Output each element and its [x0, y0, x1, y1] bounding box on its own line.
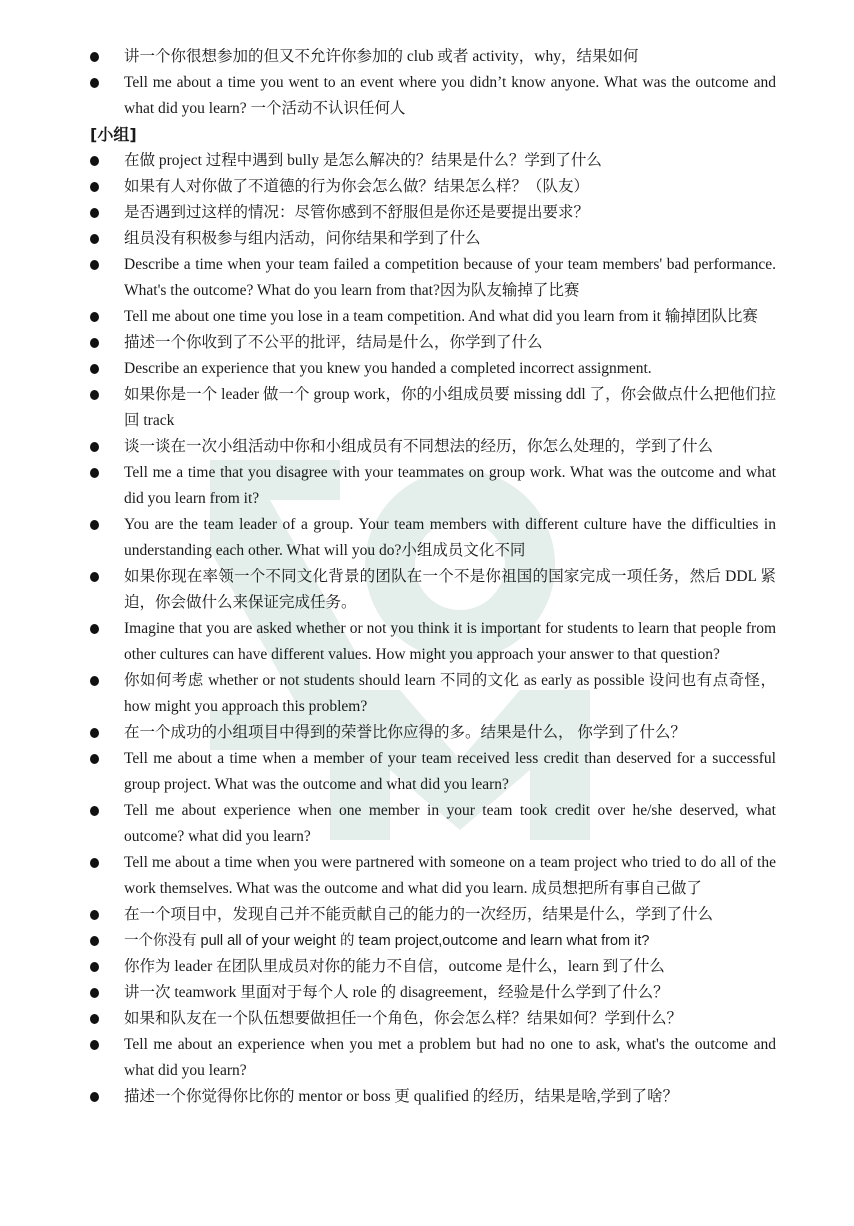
- bullet-icon: [90, 962, 99, 972]
- document-page: 讲一个你很想参加的但又不允许你参加的 club 或者 activity，why，…: [0, 44, 854, 1110]
- bullet-icon: [90, 468, 99, 478]
- section-heading: [小组]: [0, 122, 854, 148]
- bullet-icon: [90, 78, 99, 88]
- list-item-text: 是否遇到过这样的情况：尽管你感到不舒服但是你还是要提出要求？: [124, 204, 589, 221]
- list-item: 描述一个你收到了不公平的批评，结局是什么，你学到了什么: [0, 330, 854, 356]
- bullet-icon: [90, 1040, 99, 1050]
- bullet-icon: [90, 260, 99, 270]
- list-item: 在一个项目中，发现自己并不能贡献自己的能力的一次经历，结果是什么，学到了什么: [0, 902, 854, 928]
- list-item-text: Tell me a time that you disagree with yo…: [124, 464, 776, 507]
- bullet-icon: [90, 182, 99, 192]
- bullet-icon: [90, 858, 99, 868]
- list-item: Tell me about a time when you were partn…: [0, 850, 854, 902]
- list-item: You are the team leader of a group. Your…: [0, 512, 854, 564]
- list-item: 讲一个你很想参加的但又不允许你参加的 club 或者 activity，why，…: [0, 44, 854, 70]
- list-item-text: Describe an experience that you knew you…: [124, 360, 652, 377]
- bullet-icon: [90, 1014, 99, 1024]
- list-item: Tell me about an experience when you met…: [0, 1032, 854, 1084]
- list-item-text: 在做 project 过程中遇到 bully 是怎么解决的？结果是什么？学到了什…: [124, 152, 602, 169]
- list-item-text: 在一个项目中，发现自己并不能贡献自己的能力的一次经历，结果是什么，学到了什么: [124, 906, 713, 923]
- list-item: 组员没有积极参与组内活动，问你结果和学到了什么: [0, 226, 854, 252]
- question-list-intro: 讲一个你很想参加的但又不允许你参加的 club 或者 activity，why，…: [0, 44, 854, 122]
- list-item-text: 讲一个你很想参加的但又不允许你参加的 club 或者 activity，why，…: [124, 48, 639, 65]
- bullet-icon: [90, 390, 99, 400]
- bullet-icon: [90, 754, 99, 764]
- list-item: Imagine that you are asked whether or no…: [0, 616, 854, 668]
- list-item-text: 一个你没有 pull all of your weight 的 team pro…: [124, 933, 649, 949]
- list-item-text: Tell me about an experience when you met…: [124, 1036, 776, 1079]
- list-item-text: 在一个成功的小组项目中得到的荣誉比你应得的多。结果是什么， 你学到了什么？: [124, 724, 686, 741]
- list-item: 是否遇到过这样的情况：尽管你感到不舒服但是你还是要提出要求？: [0, 200, 854, 226]
- list-item-text: 你如何考虑 whether or not students should lea…: [124, 672, 776, 715]
- bullet-icon: [90, 52, 99, 62]
- bullet-icon: [90, 442, 99, 452]
- list-item: Describe a time when your team failed a …: [0, 252, 854, 304]
- list-item-text: 讲一次 teamwork 里面对于每个人 role 的 disagreement…: [124, 984, 669, 1001]
- list-item: Tell me about a time you went to an even…: [0, 70, 854, 122]
- list-item: 如果你是一个 leader 做一个 group work，你的小组成员要 mis…: [0, 382, 854, 434]
- list-item-text: 描述一个你收到了不公平的批评，结局是什么，你学到了什么: [124, 334, 543, 351]
- list-item: Tell me about one time you lose in a tea…: [0, 304, 854, 330]
- bullet-icon: [90, 572, 99, 582]
- bullet-icon: [90, 936, 99, 946]
- bullet-icon: [90, 520, 99, 530]
- list-item: 你如何考虑 whether or not students should lea…: [0, 668, 854, 720]
- bullet-icon: [90, 624, 99, 634]
- bullet-icon: [90, 312, 99, 322]
- list-item: Describe an experience that you knew you…: [0, 356, 854, 382]
- list-item: 讲一次 teamwork 里面对于每个人 role 的 disagreement…: [0, 980, 854, 1006]
- list-item-text: 如果你现在率领一个不同文化背景的团队在一个不是你祖国的国家完成一项任务，然后 D…: [124, 568, 776, 611]
- list-item-text: Imagine that you are asked whether or no…: [124, 620, 776, 663]
- list-item-text: 谈一谈在一次小组活动中你和小组成员有不同想法的经历，你怎么处理的，学到了什么: [124, 438, 713, 455]
- list-item-text: Tell me about a time when a member of yo…: [124, 750, 776, 793]
- list-item: Tell me about a time when a member of yo…: [0, 746, 854, 798]
- list-item: 如果和队友在一个队伍想要做担任一个角色，你会怎么样？结果如何？学到什么？: [0, 1006, 854, 1032]
- bullet-icon: [90, 208, 99, 218]
- bullet-icon: [90, 364, 99, 374]
- list-item: 描述一个你觉得你比你的 mentor or boss 更 qualified 的…: [0, 1084, 854, 1110]
- list-item: 你作为 leader 在团队里成员对你的能力不自信，outcome 是什么，le…: [0, 954, 854, 980]
- bullet-icon: [90, 676, 99, 686]
- list-item: 谈一谈在一次小组活动中你和小组成员有不同想法的经历，你怎么处理的，学到了什么: [0, 434, 854, 460]
- bullet-icon: [90, 1092, 99, 1102]
- list-item: 如果你现在率领一个不同文化背景的团队在一个不是你祖国的国家完成一项任务，然后 D…: [0, 564, 854, 616]
- list-item-text: Tell me about a time you went to an even…: [124, 74, 776, 117]
- list-item: 一个你没有 pull all of your weight 的 team pro…: [0, 928, 854, 954]
- list-item-text: Tell me about experience when one member…: [124, 802, 776, 845]
- list-item: 如果有人对你做了不道德的行为你会怎么做？结果怎么样？（队友）: [0, 174, 854, 200]
- bullet-icon: [90, 910, 99, 920]
- list-item-text: 组员没有积极参与组内活动，问你结果和学到了什么: [124, 230, 481, 247]
- bullet-icon: [90, 156, 99, 166]
- list-item-text: Describe a time when your team failed a …: [124, 256, 776, 299]
- list-item-text: 描述一个你觉得你比你的 mentor or boss 更 qualified 的…: [124, 1088, 678, 1105]
- list-item-text: 如果和队友在一个队伍想要做担任一个角色，你会怎么样？结果如何？学到什么？: [124, 1010, 682, 1027]
- bullet-icon: [90, 988, 99, 998]
- list-item: Tell me a time that you disagree with yo…: [0, 460, 854, 512]
- list-item: 在一个成功的小组项目中得到的荣誉比你应得的多。结果是什么， 你学到了什么？: [0, 720, 854, 746]
- list-item-text: You are the team leader of a group. Your…: [124, 516, 776, 559]
- list-item: Tell me about experience when one member…: [0, 798, 854, 850]
- list-item: 在做 project 过程中遇到 bully 是怎么解决的？结果是什么？学到了什…: [0, 148, 854, 174]
- list-item-text: 如果你是一个 leader 做一个 group work，你的小组成员要 mis…: [124, 386, 776, 429]
- bullet-icon: [90, 728, 99, 738]
- list-item-text: Tell me about one time you lose in a tea…: [124, 308, 758, 325]
- list-item-text: 你作为 leader 在团队里成员对你的能力不自信，outcome 是什么，le…: [124, 958, 665, 975]
- bullet-icon: [90, 234, 99, 244]
- question-list-group: 在做 project 过程中遇到 bully 是怎么解决的？结果是什么？学到了什…: [0, 148, 854, 1110]
- bullet-icon: [90, 806, 99, 816]
- list-item-text: 如果有人对你做了不道德的行为你会怎么做？结果怎么样？（队友）: [124, 178, 589, 195]
- bullet-icon: [90, 338, 99, 348]
- list-item-text: Tell me about a time when you were partn…: [124, 854, 776, 897]
